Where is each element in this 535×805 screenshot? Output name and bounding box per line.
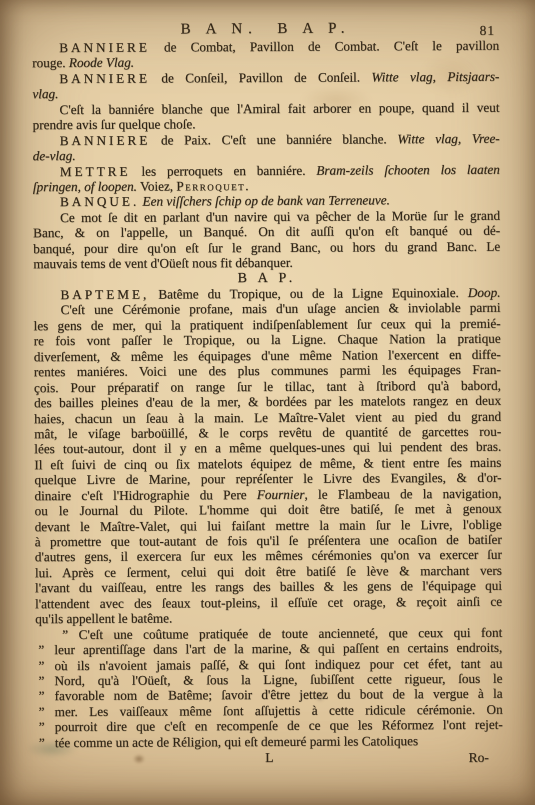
quote-mark: ” [39, 704, 45, 719]
text-run: Witte vlag, Pitsjaars- [371, 69, 499, 85]
text-run: C'eſt la banniére blanche que l'Amiral f… [59, 100, 499, 117]
quote-mark: ” [38, 642, 44, 657]
text-run: mauvais tems de vent d'Oüeſt nous fit dé… [33, 255, 293, 271]
text-run: les perroquets en banniére. [131, 162, 317, 178]
page-number: 81 [480, 23, 496, 39]
text-run: où ils n'avoient jamais paſſé, & qui ſon… [54, 655, 502, 672]
text-run: Doop. [468, 285, 501, 300]
text-run: dinaire c'eſt l'Hidrographie du Pere [34, 487, 256, 503]
text-run: Fournier [257, 486, 305, 501]
text-run: leur aprentiſſage dans l'art de la marin… [54, 640, 502, 657]
text-run: C'eſt une Cérémonie profane, mais d'un u… [61, 300, 501, 317]
text-run: de-vlag. [33, 148, 76, 163]
text-run: de Paix. C'eſt une banniére blanche. [150, 131, 397, 147]
text-run: BANNIERE [59, 70, 150, 85]
text-run: BANNIERE [60, 132, 151, 147]
text-run: BANQUE. [60, 194, 139, 209]
text-run: Witte vlag, Vree- [397, 130, 499, 146]
book-page-scan: B A N. B A P. 81 BANNIERE de Combat, Pav… [0, 0, 535, 805]
text-run: qu'ils appellent le batême. [35, 611, 172, 627]
text-run: rouge. [32, 55, 69, 70]
text-run: de Conſeil, Pavillon de Conſeil. [150, 69, 371, 85]
text-run: B A P. [238, 270, 297, 285]
text-run: BAPTEME, [60, 287, 149, 302]
catchword: Ro- [469, 750, 489, 766]
text-run: prendre avis ſur quelque choſe. [33, 117, 196, 133]
text-run: BANNIERE [59, 40, 150, 55]
text-run: favorable nom de Batême; ſavoir d'être j… [55, 686, 503, 703]
text-run: vlag. [32, 86, 58, 101]
quote-mark: ” [39, 735, 45, 750]
text-run: ” C'eſt une coûtume pratiquée de toute a… [62, 624, 502, 641]
quote-mark: ” [38, 658, 44, 673]
quote-mark: ” [39, 689, 45, 704]
text-run: METTRE [60, 163, 131, 178]
text-run: pourroit dire que c'eſt en recompenſe de… [55, 717, 503, 734]
text-run: Een viſſchers ſchip op de bank van Terre… [139, 193, 390, 209]
text-run: Batême du Tropique, ou de la Ligne Equin… [149, 285, 468, 302]
text-run: Ce mot ſe dit en parlant d'un navire qui… [60, 208, 500, 225]
text-run: Voiez, [137, 178, 177, 193]
text-run: ſpringen, of loopen. [33, 179, 137, 195]
running-title: B A N. B A P. [32, 20, 499, 39]
body-lines: BANNIERE de Combat, Pavillon de Combat. … [32, 38, 503, 751]
signature-mark: L [36, 749, 503, 767]
text-run: Perroquet. [176, 178, 250, 193]
text-run: tée comme un acte de Réligion, qui eſt d… [55, 733, 418, 750]
quote-mark: ” [39, 719, 45, 734]
text-run: , le Flambeau de la navigation, [304, 485, 501, 501]
text-run: Roode Vlag. [69, 55, 134, 70]
text-line: ”tée comme un acte de Réligion, qui eſt … [36, 732, 503, 750]
page-footer: L Ro- [36, 749, 503, 768]
text-block: B A N. B A P. 81 BANNIERE de Combat, Pav… [32, 20, 503, 769]
text-run: Nord, qu'à l'Oüeſt, & ſous la Ligne, ſub… [54, 671, 502, 688]
text-run: de Combat, Pavillon de Combat. C'eſt le … [150, 38, 499, 55]
text-run: mer. Les vaiſſeaux même ſont aſſujettis … [55, 702, 503, 719]
quote-mark: ” [38, 673, 44, 688]
text-run: Bram-zeils ſchooten los laaten [316, 161, 500, 177]
